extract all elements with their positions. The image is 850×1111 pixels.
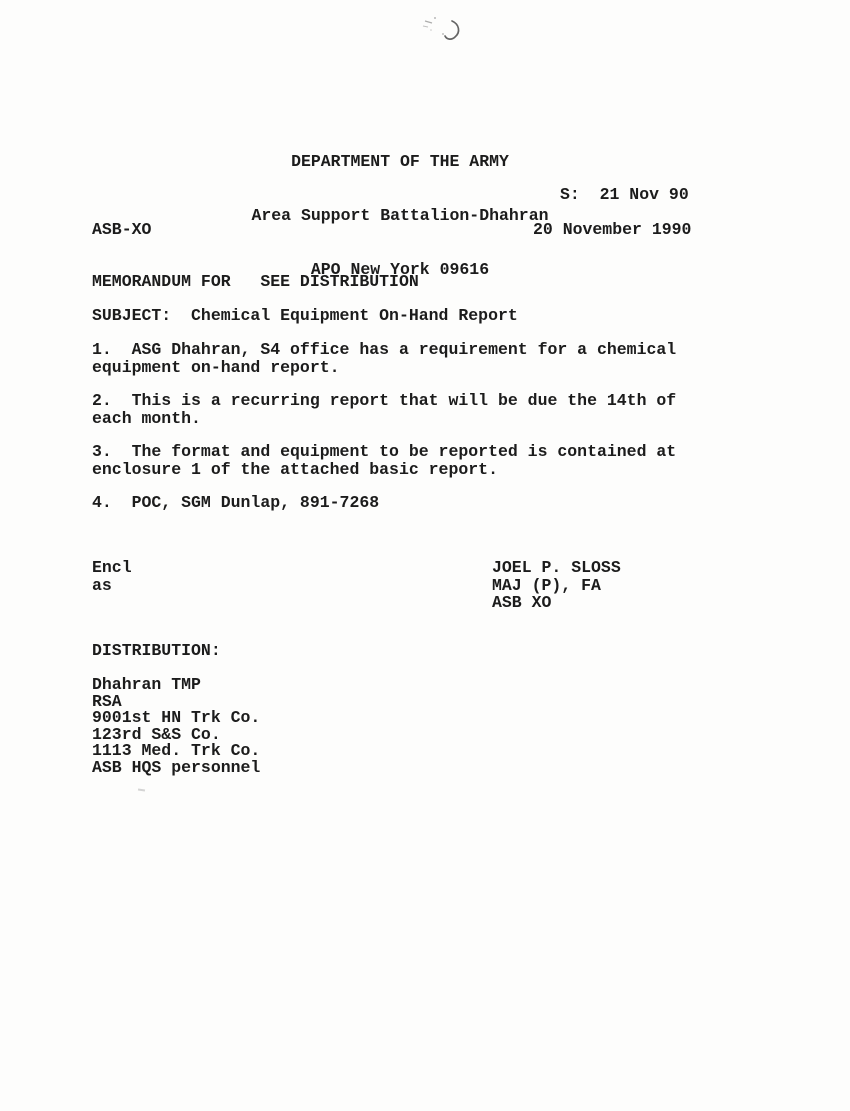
enclosure-block: Encl as — [92, 559, 132, 594]
memorandum-for-line: MEMORANDUM FOR SEE DISTRIBUTION — [92, 273, 419, 291]
signature-block: JOEL P. SLOSS MAJ (P), FA ASB XO — [492, 559, 621, 612]
paragraph-3: 3. The format and equipment to be report… — [92, 443, 676, 478]
memo-page: DEPARTMENT OF THE ARMY Area Support Batt… — [0, 0, 850, 1111]
memo-date: 20 November 1990 — [533, 221, 691, 239]
faint-scan-speck — [138, 789, 145, 792]
paragraph-1: 1. ASG Dhahran, S4 office has a requirem… — [92, 341, 676, 376]
distribution-list: Dhahran TMP RSA 9001st HN Trk Co. 123rd … — [92, 677, 260, 777]
suspense-date: S: 21 Nov 90 — [560, 186, 689, 204]
paragraph-4: 4. POC, SGM Dunlap, 891-7268 — [92, 494, 379, 512]
ink-smudge — [414, 12, 466, 48]
distribution-heading: DISTRIBUTION: — [92, 642, 221, 660]
office-symbol: ASB-XO — [92, 221, 151, 239]
subject-line: SUBJECT: Chemical Equipment On-Hand Repo… — [92, 307, 518, 325]
paragraph-2: 2. This is a recurring report that will … — [92, 392, 676, 427]
letterhead-department-line: DEPARTMENT OF THE ARMY — [0, 153, 800, 171]
